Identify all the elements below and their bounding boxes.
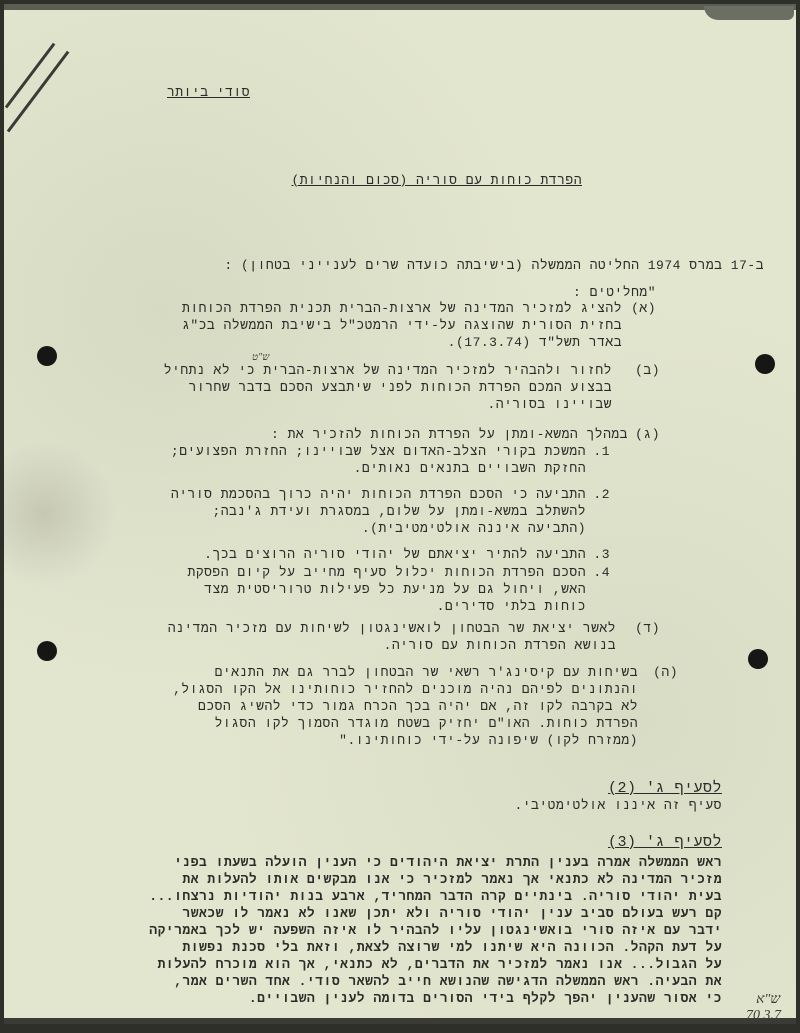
scan-bottom-edge bbox=[4, 1018, 796, 1024]
item-marker: (ג) bbox=[635, 426, 660, 443]
classification-label: סודי ביותר bbox=[167, 84, 250, 101]
subitem-marker: 2. bbox=[593, 486, 610, 503]
subitem-line: כוחות בלתי סדירים. bbox=[437, 598, 586, 615]
section-heading: לסעיף ג' (2) bbox=[608, 780, 722, 797]
handwritten-initials: ש"א bbox=[756, 992, 780, 1008]
subitem-line: (התביעה איננה אולטימטיבית). bbox=[362, 520, 586, 537]
section-text: סעיף זה איננו אולטימטיבי. bbox=[514, 797, 722, 814]
scanned-document-page: סודי ביותר הפרדת כוחות עם סוריה (סכום וה… bbox=[4, 4, 796, 1024]
subitem-marker: 4. bbox=[593, 564, 610, 581]
subitem-marker: 3. bbox=[593, 546, 610, 563]
item-line: באדר תשל"ד (17.3.74). bbox=[448, 334, 622, 351]
item-line: בשיחות עם קיסינג'ר רשאי שר הבטחון לברר ג… bbox=[215, 664, 638, 681]
section-line: על דעת הקהל. הכוונה היא שיתנו למי שרוצה … bbox=[182, 939, 722, 956]
punch-hole bbox=[37, 641, 57, 661]
intro-paragraph: ב-17 במרס 1974 החליטה הממשלה (בישיבתה כו… bbox=[224, 257, 764, 274]
section-line: כי אסור שהענין יהפך לקלף בידי הסורים בדו… bbox=[249, 990, 722, 1007]
item-line: לא בקרבה לקו זה, אם יהיה בכך הכרח גמור כ… bbox=[198, 698, 638, 715]
scan-smudge bbox=[704, 6, 794, 20]
item-line: והנתונים לפיהם נהיה מוכנים להחזיר כוחותי… bbox=[173, 681, 638, 698]
subitem-line: הסכם הפרדת הכוחות יכלול סעיף מחייב על קי… bbox=[188, 564, 586, 581]
resolved-label: "מחליטים : bbox=[573, 284, 656, 301]
item-line: בנושא הפרדת הכוחות עם סוריה. bbox=[384, 637, 616, 654]
section-line: בעית יהודי סוריה. בינתיים קרה הדבר המחרי… bbox=[149, 888, 722, 905]
item-marker: (ה) bbox=[653, 664, 678, 681]
item-line: במהלך המשא-ומתן על הפרדת הכוחות להזכיר א… bbox=[271, 426, 628, 443]
scan-top-edge bbox=[4, 4, 796, 10]
item-marker: (ד) bbox=[635, 620, 660, 637]
subitem-line: להשתלב במשא-ומתן על שלום, במסגרת ועידת ג… bbox=[212, 503, 586, 520]
section-line: ראש הממשלה אמרה בענין התרת יציאת היהודים… bbox=[174, 854, 722, 871]
punch-hole bbox=[755, 354, 775, 374]
item-line: לחזור ולהבהיר למזכיר המדינה של ארצות-הבר… bbox=[164, 362, 612, 379]
item-line: (ממזרח לקו) שיפונה על-ידי כוחותינו." bbox=[339, 732, 638, 749]
subitem-line: המשכת בקורי הצלב-האדום אצל שבויינו; החזר… bbox=[171, 443, 586, 460]
section-line: ידבר עם איזה סורי בואשינגטון עליו להבהיר… bbox=[149, 922, 722, 939]
section-line: קם רעש בעולם סביב ענין יהודי סוריה ולא י… bbox=[182, 905, 722, 922]
handwritten-page-number: 70 3.7 bbox=[746, 1008, 781, 1024]
section-line: על הגבול... אנו נאמר למזכיר את הדברים, ל… bbox=[158, 956, 723, 973]
section-line: את הבעיה. ראש הממשלה הדגישה שהנושא חייב … bbox=[174, 973, 722, 990]
subitem-line: התביעה כי הסכם הפרדת הכוחות יהיה כרוך בה… bbox=[171, 486, 586, 503]
item-line: להציג למזכיר המדינה של ארצות-הברית תכנית… bbox=[182, 300, 622, 317]
punch-hole bbox=[748, 649, 768, 669]
item-line: שבויינו בסוריה. bbox=[487, 396, 612, 413]
subitem-marker: 1. bbox=[593, 443, 610, 460]
item-line: הפרדת כוחות. האו"ם יחזיק בשטח מוגדר הסמו… bbox=[215, 715, 638, 732]
item-marker: (א) bbox=[631, 300, 656, 317]
section-line: מזכיר המדינה לא כתנאי אך נאמר למזכיר כי … bbox=[182, 871, 722, 888]
section-heading: לסעיף ג' (3) bbox=[608, 834, 722, 851]
item-line: לאשר יציאת שר הבטחון לואשינגטון לשיחות ע… bbox=[168, 620, 616, 637]
item-line: בחזית הסורית שהוצגה על-ידי הרמטכ"ל בישיב… bbox=[182, 317, 622, 334]
subitem-line: התביעה להתיר יציאתם של יהודי סוריה הרוצי… bbox=[204, 546, 586, 563]
punch-hole bbox=[37, 346, 57, 366]
item-marker: (ב) bbox=[635, 362, 660, 379]
subitem-line: החזקת השבויים בתנאים נאותים. bbox=[354, 460, 586, 477]
subitem-line: האש, ויחול גם על מניעת כל פעילות טרוריסט… bbox=[204, 581, 586, 598]
item-line: בבצוע המכם הפרדת הכוחות לפני שיתבצע הסכם… bbox=[189, 379, 612, 396]
document-title: הפרדת כוחות עם סוריה (סכום והנחיות) bbox=[291, 172, 582, 189]
